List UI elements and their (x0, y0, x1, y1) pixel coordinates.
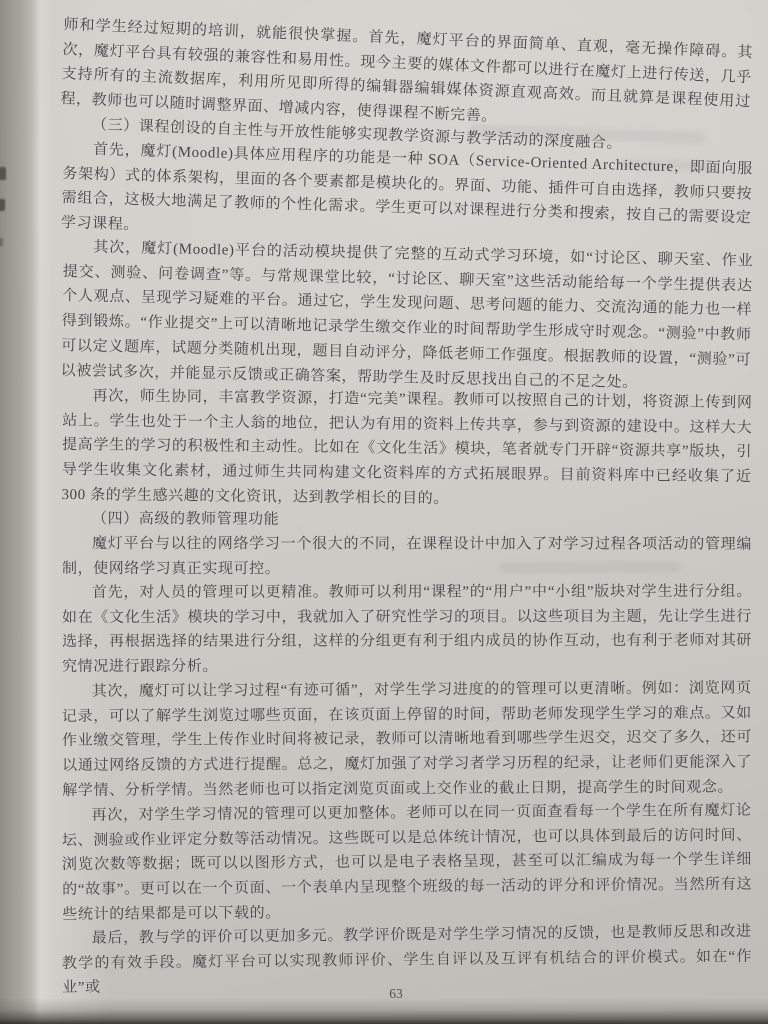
paragraph: 其次，魔灯(Moodle)平台的活动模块提供了完整的互动式学习环境，如“讨论区、… (60, 235, 753, 398)
adjacent-page-text-fragment (0, 238, 3, 246)
paragraph: 再次，对学生学习情况的管理可以更加整体。老师可以在同一页面查看每一个学生在所有魔… (62, 798, 753, 927)
paragraph: 其次，魔灯可以让学习过程“有迹可循”，对学生学习进度的的管理可以更清晰。例如：浏… (62, 676, 753, 803)
paragraph: 魔灯平台与以往的网络学习一个很大的不同，在课程设计中加入了对学习过程各项活动的管… (62, 532, 752, 582)
paragraph: 再次，师生协同，丰富教学资源，打造“完美”课程。教师可以按照自己的计划，将资源上… (61, 384, 752, 515)
adjacent-page-text-fragment (0, 199, 5, 211)
scanned-document-photo: 师和学生经过短期的培训，就能很快掌握。首先，魔灯平台的界面简单、直观，毫无操作障… (0, 0, 768, 1024)
adjacent-page-text-fragment (0, 167, 6, 180)
paragraph: （四）高级的教师管理功能 (62, 507, 752, 534)
paragraph: 首先，对人员的管理可以更精准。教师可以利用“课程”的“用户”中“小组”版块对学生… (62, 580, 752, 680)
page-body-text: 师和学生经过短期的培训，就能很快掌握。首先，魔灯平台的界面简单、直观，毫无操作障… (62, 13, 752, 1001)
page-bottom-shadow (0, 998, 768, 1024)
